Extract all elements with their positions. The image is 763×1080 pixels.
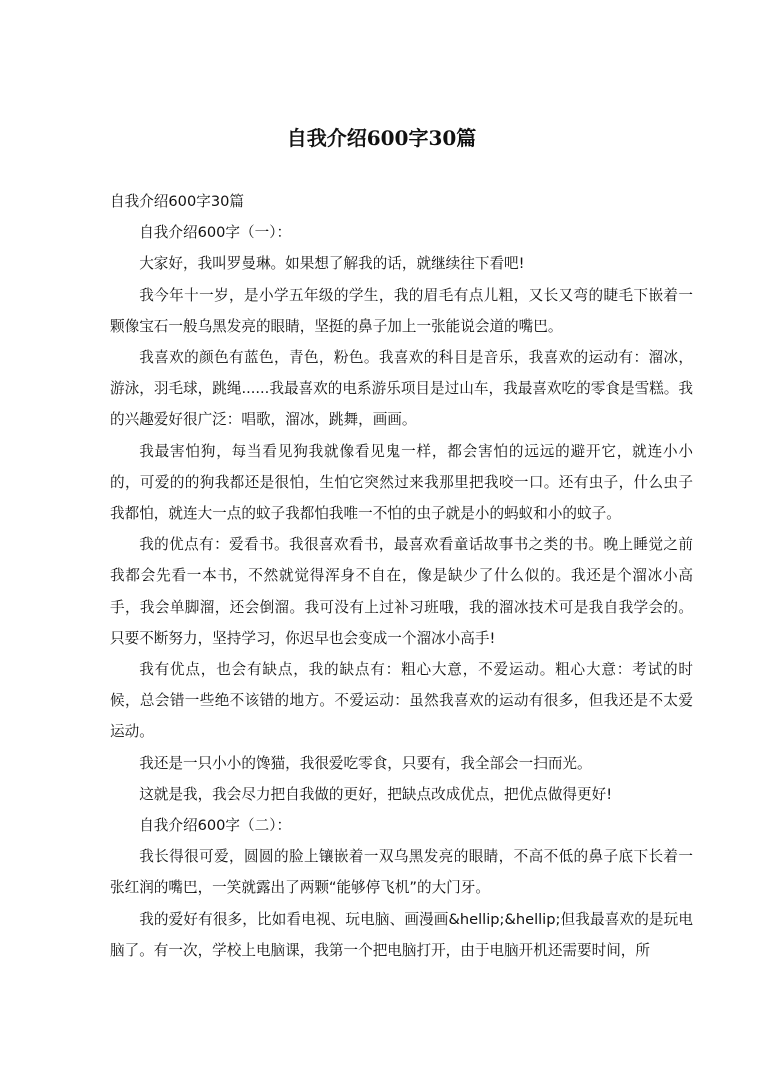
document-page: 自我介绍600字30篇 自我介绍600字30篇 自我介绍600字（一）： 大家好…: [0, 0, 763, 1080]
section-heading: 自我介绍600字（二）：: [110, 810, 693, 841]
paragraph: 这就是我，我会尽力把自我做的更好，把缺点改成优点，把优点做得更好!: [110, 779, 693, 810]
paragraph: 我的优点有：爱看书。我很喜欢看书，最喜欢看童话故事书之类的书。晚上睡觉之前我都会…: [110, 529, 693, 654]
document-subtitle: 自我介绍600字30篇: [110, 186, 693, 217]
paragraph: 我今年十一岁，是小学五年级的学生，我的眉毛有点儿粗，又长又弯的睫毛下嵌着一颗像宝…: [110, 280, 693, 342]
paragraph: 我最害怕狗，每当看见狗我就像看见鬼一样，都会害怕的远远的避开它，就连小小的，可爱…: [110, 436, 693, 530]
document-body: 自我介绍600字30篇 自我介绍600字（一）： 大家好，我叫罗曼琳。如果想了解…: [110, 186, 693, 966]
paragraph: 大家好，我叫罗曼琳。如果想了解我的话，就继续往下看吧!: [110, 248, 693, 279]
paragraph: 我有优点，也会有缺点，我的缺点有：粗心大意，不爱运动。粗心大意：考试的时候，总会…: [110, 654, 693, 748]
paragraph: 我长得很可爱，圆圆的脸上镶嵌着一双乌黑发亮的眼睛，不高不低的鼻子底下长着一张红润…: [110, 841, 693, 903]
document-title: 自我介绍600字30篇: [0, 124, 763, 152]
paragraph: 我的爱好有很多，比如看电视、玩电脑、画漫画&hellip;&hellip;但我最…: [110, 904, 693, 966]
paragraph: 我喜欢的颜色有蓝色，青色，粉色。我喜欢的科目是音乐，我喜欢的运动有：溜冰，游泳，…: [110, 342, 693, 436]
paragraph: 我还是一只小小的馋猫，我很爱吃零食，只要有，我全部会一扫而光。: [110, 748, 693, 779]
section-heading: 自我介绍600字（一）：: [110, 217, 693, 248]
